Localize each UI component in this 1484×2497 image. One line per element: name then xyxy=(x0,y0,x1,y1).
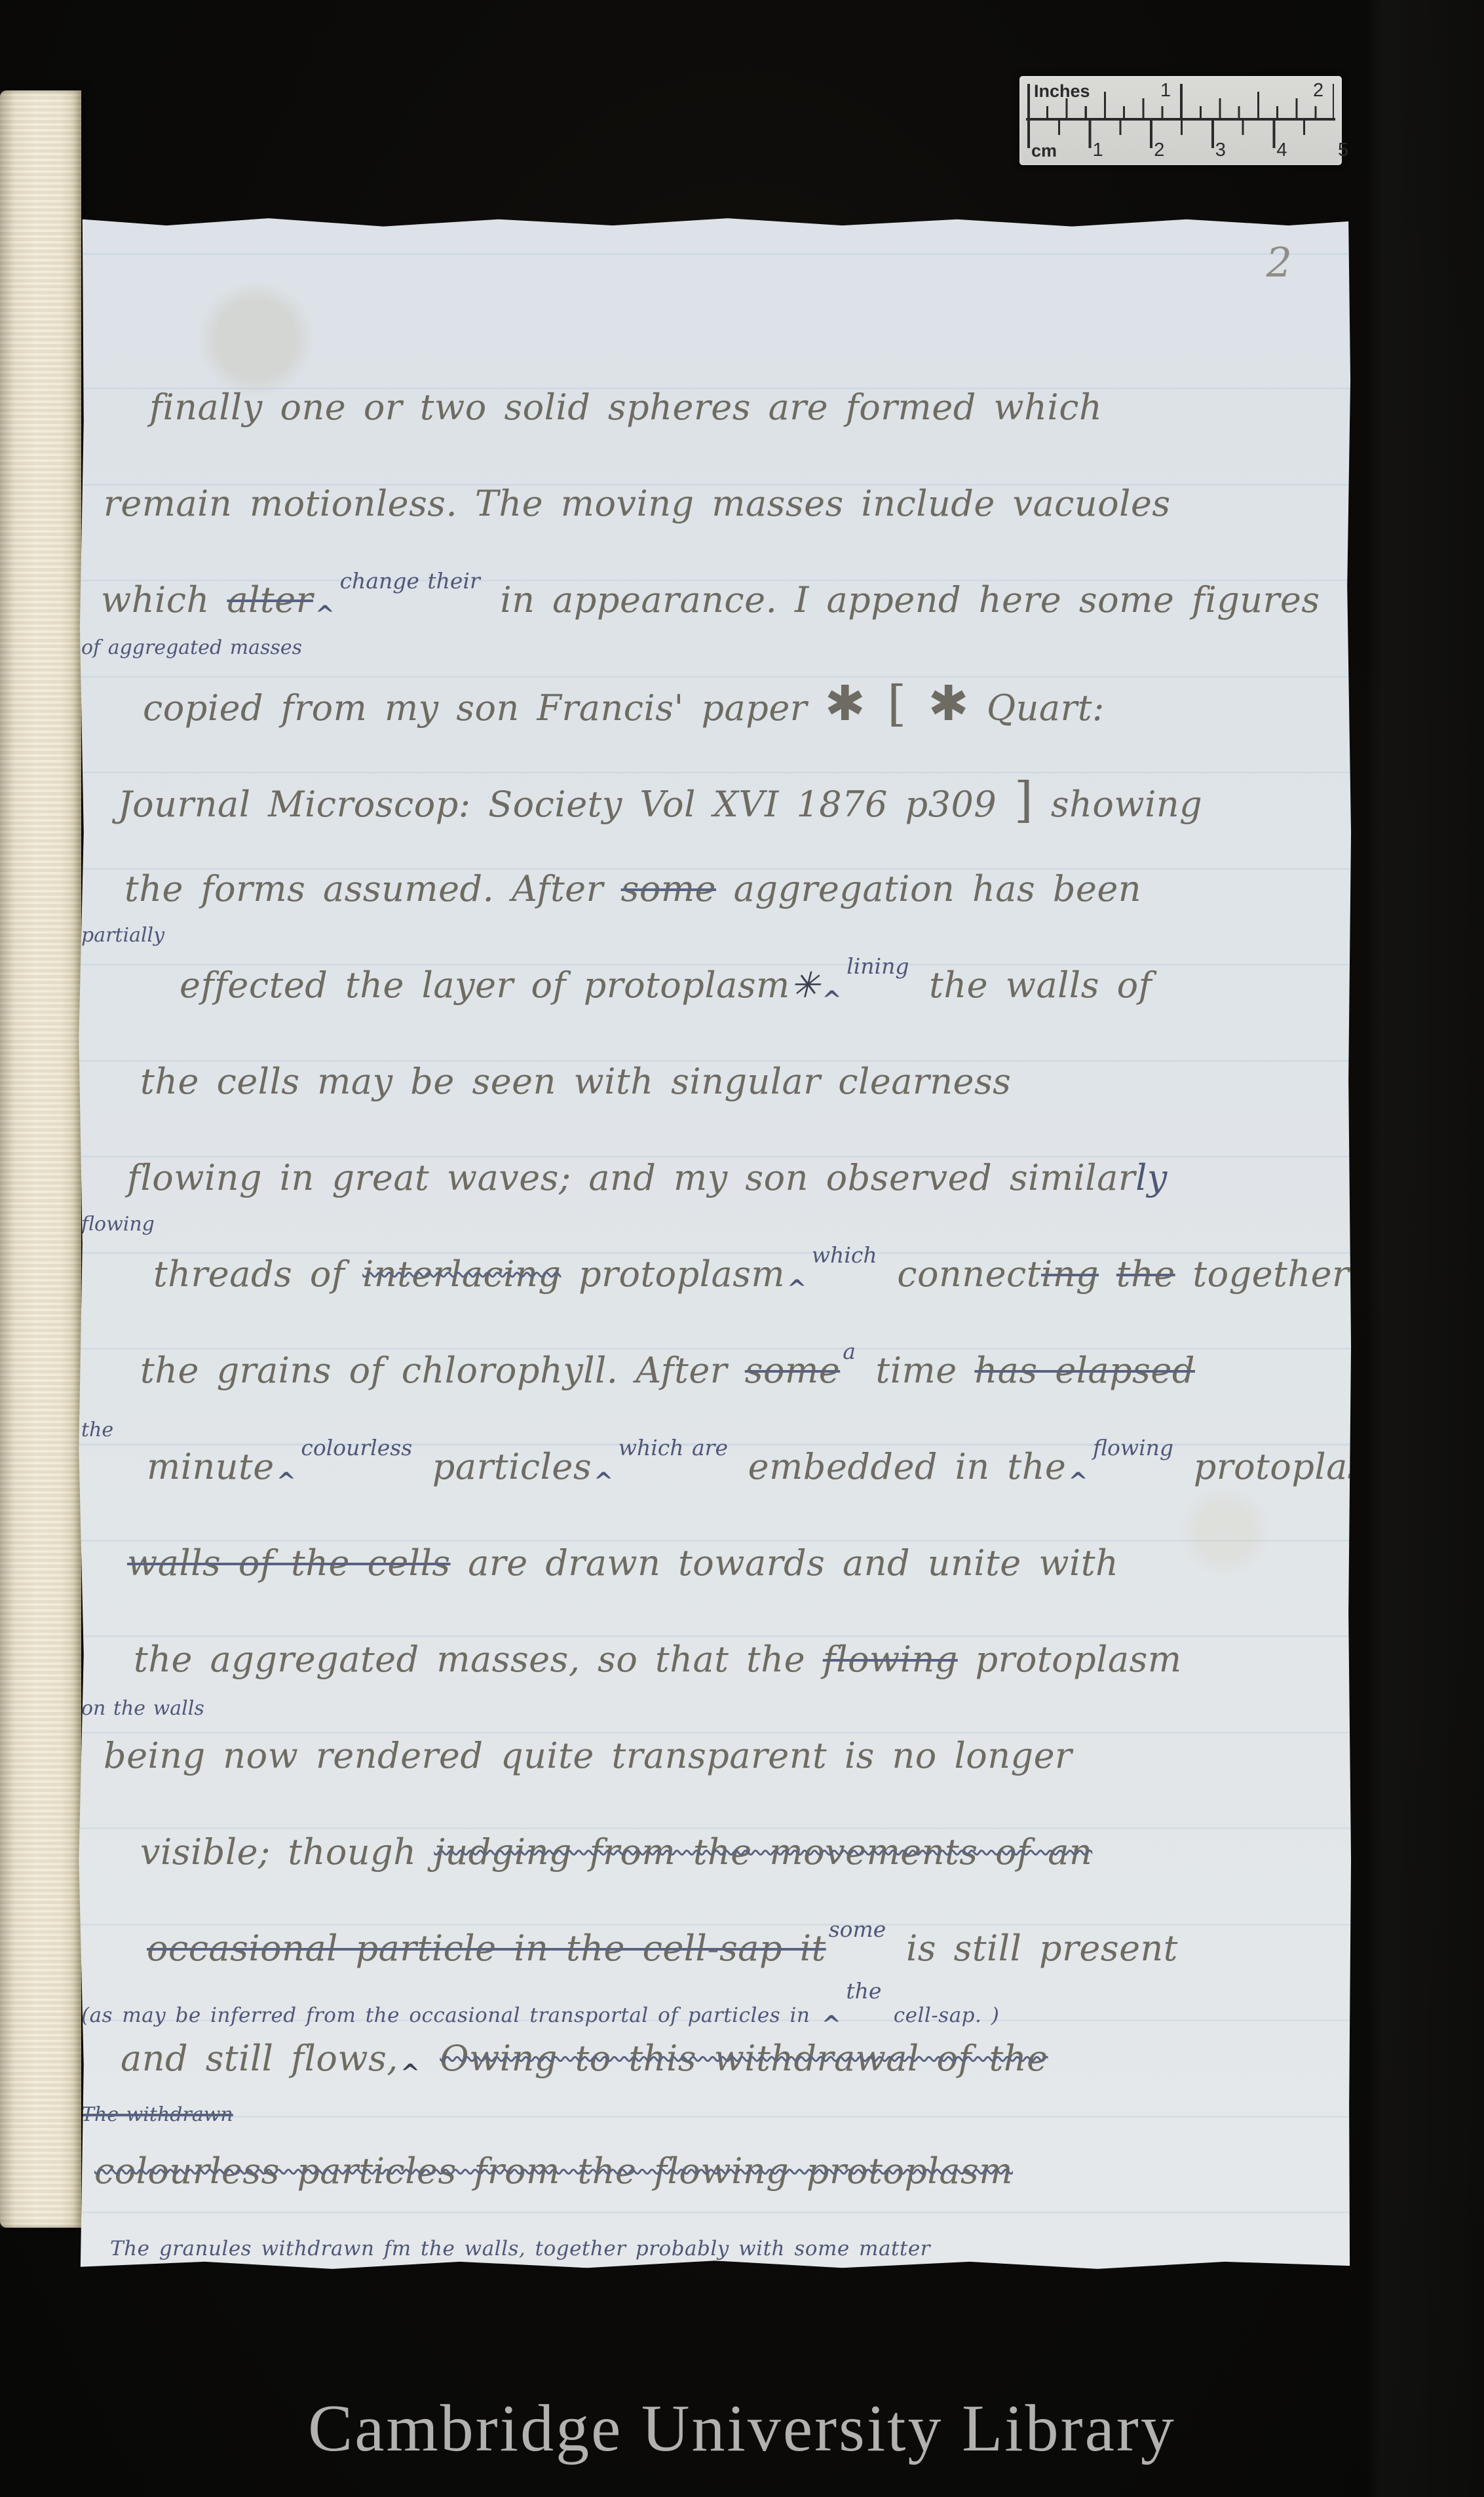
text-segment: cell-sap. xyxy=(884,2004,981,2027)
library-credit: Cambridge University Library xyxy=(0,2390,1484,2467)
scale-ruler: Inches cm 1212345 xyxy=(1019,76,1342,165)
manuscript-line: flowing in great waves; and my son obser… xyxy=(77,1157,1339,1198)
manuscript-line: finally one or two solid spheres are for… xyxy=(77,387,1339,428)
text-segment: effected the layer of protoplasm xyxy=(180,964,790,1006)
caret-mark: ^ xyxy=(822,2011,842,2038)
ruler-cm-number: 4 xyxy=(1276,140,1287,161)
caret-mark: ^ xyxy=(594,1468,614,1495)
manuscript-line: flowingthreads of interlacing protoplasm… xyxy=(77,1253,1339,1295)
text-segment: and still flows, xyxy=(121,2038,398,2079)
text-segment: ✳ xyxy=(790,964,820,1006)
ruler-cm-number: 2 xyxy=(1154,140,1164,161)
text-segment: has elapsed xyxy=(974,1350,1195,1391)
text-segment: interlacing xyxy=(362,1253,561,1295)
manuscript-line: and still flows,^ Owing to this withdraw… xyxy=(77,2038,1339,2079)
manuscript-line: on the wallsbeing now rendered quite tra… xyxy=(77,1735,1339,1776)
manuscript-line: partiallyeffected the layer of protoplas… xyxy=(77,964,1339,1006)
margin-note: of aggregated masses xyxy=(81,636,302,659)
text-segment: showing xyxy=(1033,784,1202,825)
manuscript-line: The granules withdrawn fm the walls, tog… xyxy=(77,2222,1339,2264)
text-segment: minute xyxy=(147,1446,275,1487)
margin-note: the xyxy=(81,1419,113,1441)
text-segment: colourless xyxy=(301,1435,412,1460)
text-segment: Quart: xyxy=(969,687,1105,729)
ruler-inch-number: 1 xyxy=(1160,80,1171,102)
book-fore-edge xyxy=(0,90,81,2228)
ruler-inch-number: 2 xyxy=(1313,80,1323,102)
caret-mark: ^ xyxy=(315,601,335,628)
text-segment: lining xyxy=(847,953,909,979)
text-segment: The granules withdrawn fm the walls, tog… xyxy=(110,2237,930,2260)
text-segment: the walls of xyxy=(911,964,1152,1006)
text-segment: threads of xyxy=(153,1253,362,1295)
text-segment: some xyxy=(621,868,716,909)
margin-note: flowing xyxy=(81,1213,155,1236)
text-segment: which are xyxy=(618,1435,728,1460)
text-segment: the cells may be seen with singular clea… xyxy=(140,1061,1011,1102)
margin-note: The withdrawn xyxy=(81,2103,233,2126)
text-segment: finally one or two solid spheres are for… xyxy=(149,387,1102,428)
manuscript-line: remain motionless. The moving masses inc… xyxy=(77,483,1339,524)
manuscript-line: occasional particle in the cell-sap itso… xyxy=(77,1928,1339,1969)
text-segment: some xyxy=(829,1916,886,1942)
text-segment: protoplasm xyxy=(1176,1446,1417,1487)
text-segment: occasional particle in the cell-sap it xyxy=(147,1928,826,1969)
text-segment: alter xyxy=(227,579,313,620)
caret-mark: ^ xyxy=(1068,1468,1088,1495)
text-segment: the xyxy=(1116,1253,1175,1295)
text-segment: ✱ [ ✱ xyxy=(825,676,969,732)
manuscript-line: the aggregated masses, so that the flowi… xyxy=(77,1639,1339,1680)
page-number: 2 xyxy=(1266,238,1292,286)
manuscript-line: visible; though judging from the movemen… xyxy=(77,1831,1339,1873)
text-segment: which xyxy=(812,1242,877,1268)
text-segment: copied from my son Francis' paper xyxy=(143,687,825,729)
margin-note: partially xyxy=(81,924,164,947)
text-segment: protoplasm xyxy=(561,1253,785,1295)
text-segment: flowing xyxy=(1093,1435,1173,1460)
ruler-cm-number: 5 xyxy=(1338,140,1348,161)
text-segment: colourless particles from the flowing pr… xyxy=(94,2150,1013,2192)
text-segment: particles xyxy=(415,1446,592,1487)
text-segment: walls of the cells xyxy=(127,1542,451,1584)
text-segment: flowing xyxy=(823,1639,958,1680)
caret-mark: ^ xyxy=(400,2059,421,2087)
photo-stage: Inches cm 1212345 2 finally one or two s… xyxy=(0,0,1484,2497)
text-segment: Owing to this withdrawal of the xyxy=(440,2038,1048,2079)
manuscript-line: walls of the cells are drawn towards and… xyxy=(77,1542,1339,1584)
manuscript-line: of aggregated massescopied from my son F… xyxy=(77,676,1339,732)
text-segment: aggregation has been xyxy=(716,868,1141,909)
text-segment: ) xyxy=(981,2004,999,2027)
text-segment: remain motionless. The moving masses inc… xyxy=(104,483,1171,524)
text-segment xyxy=(423,2038,440,2079)
ruler-cm-number: 1 xyxy=(1093,140,1103,161)
text-segment: in appearance. I append here some figure… xyxy=(483,579,1320,620)
caret-mark: ^ xyxy=(276,1468,297,1495)
manuscript-line: the grains of chlorophyll. After somea t… xyxy=(77,1350,1339,1391)
text-segment: ing xyxy=(1041,1253,1099,1295)
text-segment: protoplasm xyxy=(958,1639,1182,1680)
text-segment: flowing in great waves; and my son obser… xyxy=(127,1157,1135,1198)
text-segment: the forms assumed. After xyxy=(124,868,621,909)
manuscript-line: Journal Microscop: Society Vol XVI 1876 … xyxy=(77,772,1339,828)
text-segment: together xyxy=(1175,1253,1350,1295)
ruler-cm-ticks xyxy=(1027,121,1334,148)
manuscript-line: (as may be inferred from the occasional … xyxy=(77,1989,1339,2030)
text-segment: visible; though xyxy=(140,1831,434,1873)
text-segment xyxy=(1099,1253,1116,1295)
margin-note: on the walls xyxy=(81,1697,204,1720)
manuscript-line: theminute^colourless particles^which are… xyxy=(77,1446,1339,1487)
text-segment: the aggregated masses, so that the xyxy=(134,1639,823,1680)
manuscript-line: The withdrawncolourless particles from t… xyxy=(77,2150,1339,2192)
text-segment: being now rendered quite transparent is … xyxy=(104,1735,1072,1776)
text-segment: connect xyxy=(880,1253,1041,1295)
text-segment: embedded in the xyxy=(731,1446,1066,1487)
text-segment: ] xyxy=(1014,772,1033,828)
manuscript-line: the forms assumed. After some aggregatio… xyxy=(77,868,1339,909)
text-segment: on the xyxy=(1417,1446,1484,1487)
text-segment: are drawn towards and unite with xyxy=(451,1542,1119,1584)
manuscript-line: which alter^change their in appearance. … xyxy=(77,579,1339,620)
text-segment: judging from the movements of an xyxy=(434,1831,1092,1873)
text-segment: Journal Microscop: Society Vol XVI 1876 … xyxy=(118,784,1014,825)
text-segment: the grains of chlorophyll. After xyxy=(140,1350,745,1391)
manuscript-line: the cells may be seen with singular clea… xyxy=(77,1061,1339,1102)
manuscript-page: 2 finally one or two solid spheres are f… xyxy=(77,216,1352,2271)
text-segment: the xyxy=(846,1978,881,2004)
text-segment: ly xyxy=(1135,1157,1168,1198)
text-segment: which xyxy=(101,579,227,620)
text-segment: some xyxy=(745,1350,840,1391)
text-segment: (as may be inferred from the occasional … xyxy=(81,2004,820,2027)
text-segment: a xyxy=(843,1339,856,1364)
ruler-inch-ticks xyxy=(1027,84,1334,118)
text-segment: time xyxy=(858,1350,974,1391)
text-segment: is still present xyxy=(888,1928,1178,1969)
ruler-cm-number: 3 xyxy=(1215,140,1226,161)
caret-mark: ^ xyxy=(822,986,843,1014)
caret-mark: ^ xyxy=(787,1275,807,1303)
text-segment: change their xyxy=(340,568,480,594)
